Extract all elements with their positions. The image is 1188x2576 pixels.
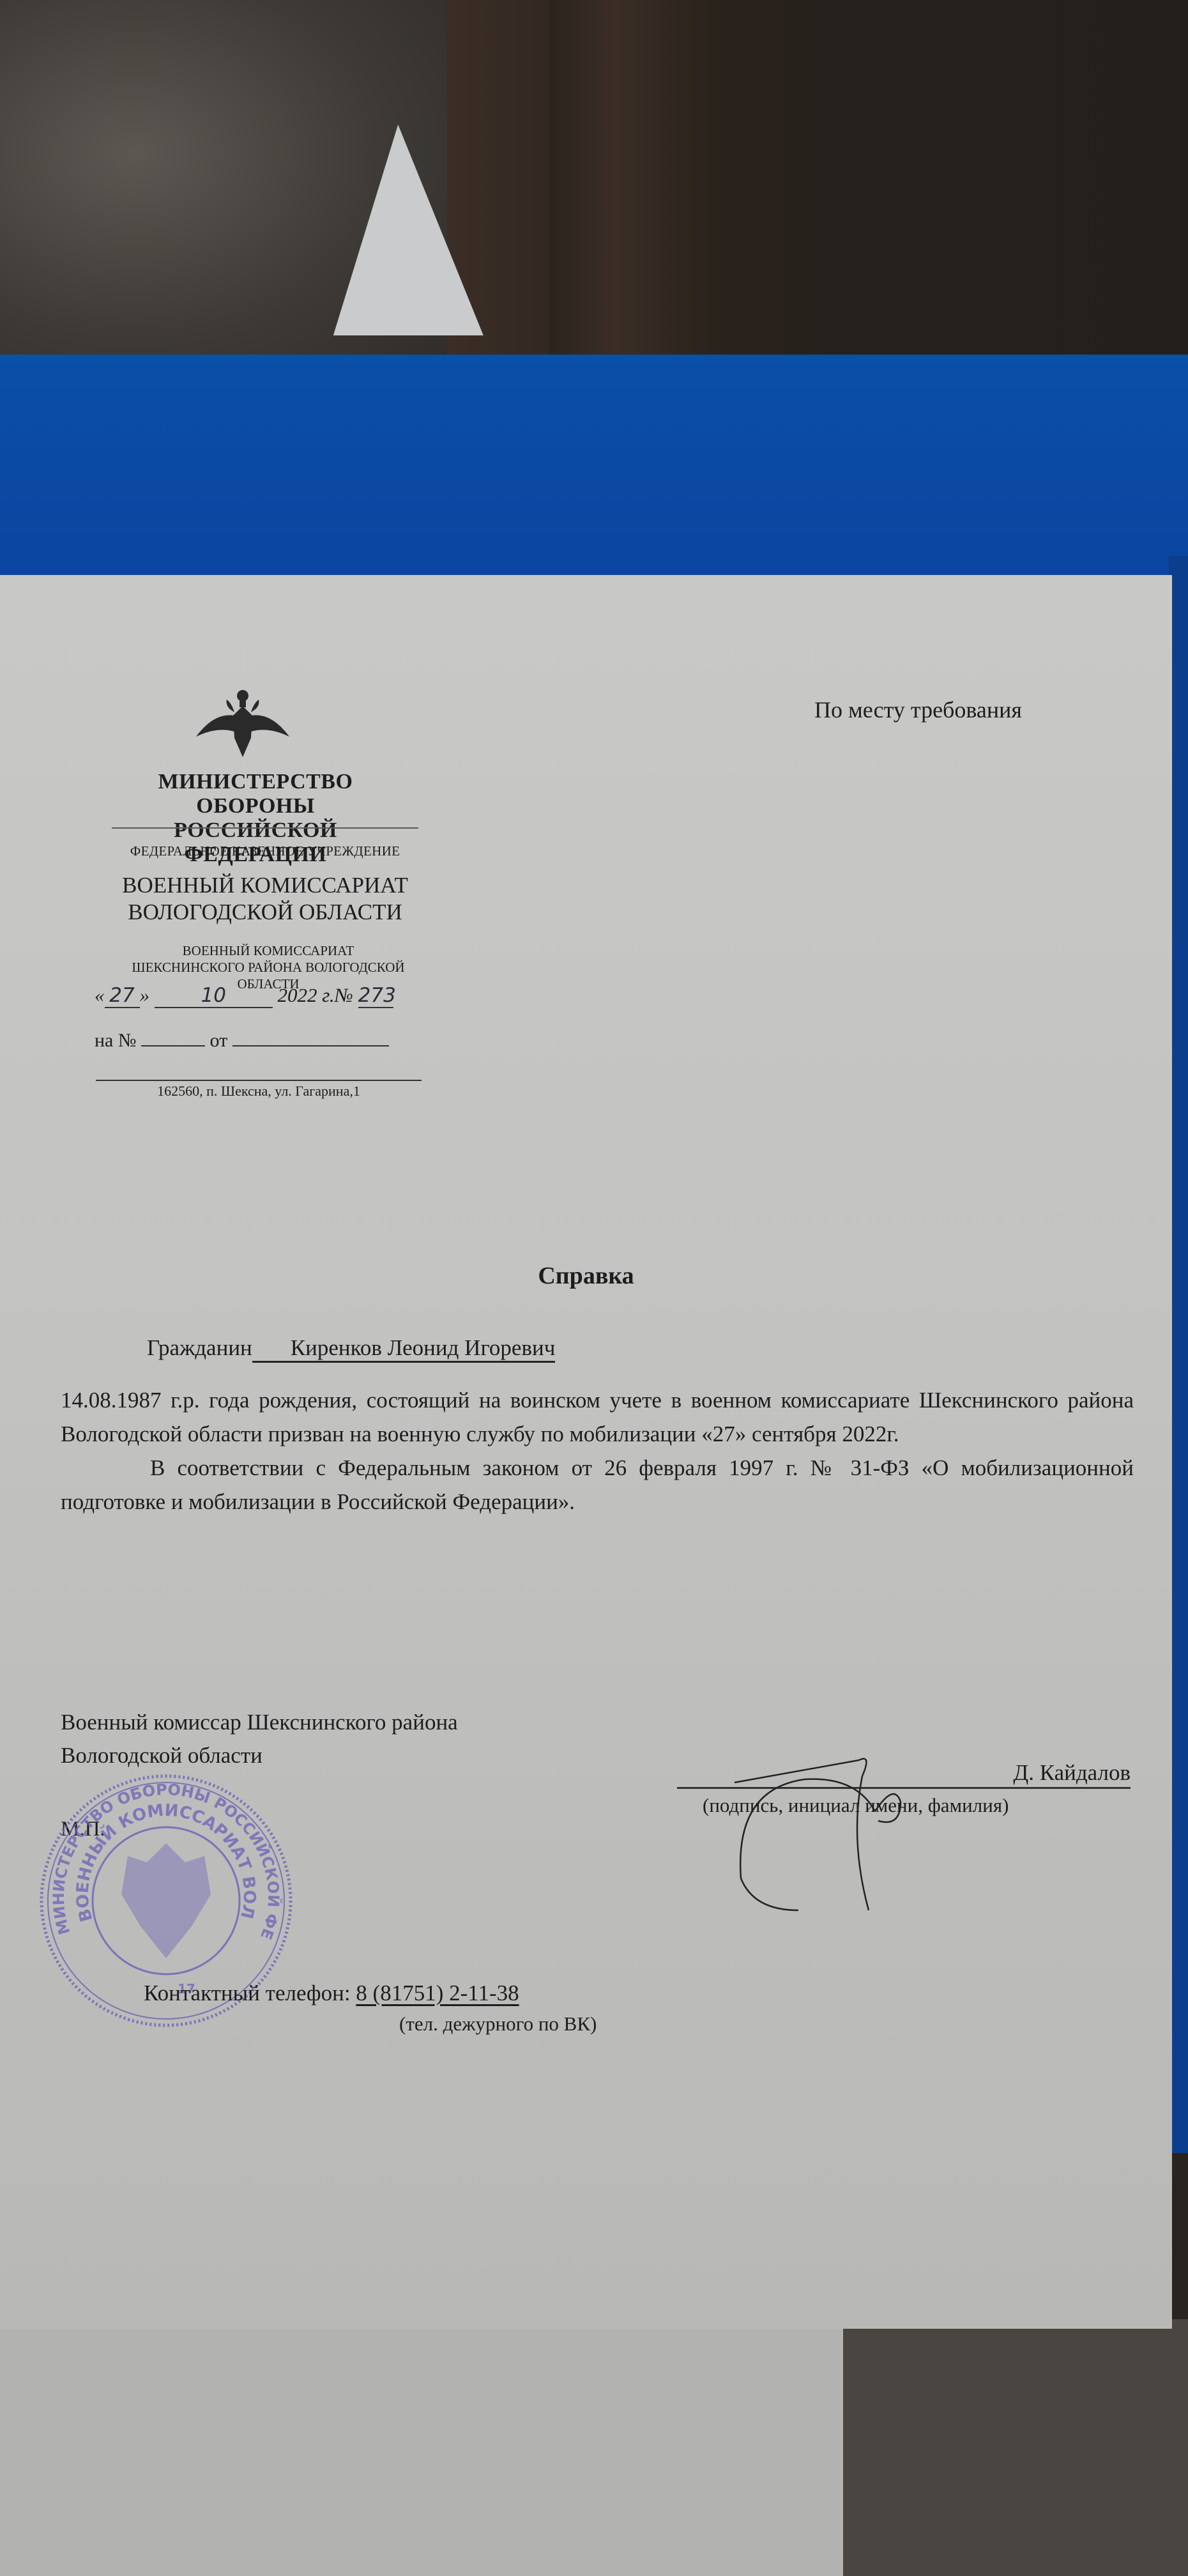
commissariat-title: ВОЕННЫЙ КОМИССАРИАТ ВОЛОГОДСКОЙ ОБЛАСТИ xyxy=(102,872,428,926)
contact-phone-line: Контактный телефон: 8 (81751) 2-11-38 xyxy=(144,1981,519,2006)
recipient: По месту требования xyxy=(814,696,1022,723)
ref-number-blank xyxy=(141,1030,205,1046)
document-sheet: МИНИСТЕРСТВО ОБОРОНЫ РОССИЙСКОЙ ФЕДЕРАЦИ… xyxy=(0,575,1172,2329)
document-title: Справка xyxy=(0,1262,1172,1290)
document-number: 273 xyxy=(358,984,393,1008)
body-paragraph-1: 14.08.1987 г.р. года рождения, состоящий… xyxy=(61,1383,1134,1451)
ministry-line-1: МИНИСТЕРСТВО ОБОРОНЫ xyxy=(102,770,409,818)
emblem-icon xyxy=(195,687,291,763)
ref-date-blank xyxy=(232,1030,389,1046)
body-text: 14.08.1987 г.р. года рождения, состоящий… xyxy=(61,1383,1134,1519)
background-surface xyxy=(843,2319,1188,2576)
institution-type: ФЕДЕРАЛЬНОЕ КАЗЕННОЕ УЧРЕЖДЕНИЕ xyxy=(102,843,428,859)
phone-number: 8 (81751) 2-11-38 xyxy=(356,1981,519,2005)
background-paper-below xyxy=(0,2326,843,2576)
ministry-line-2: РОССИЙСКОЙ ФЕДЕРАЦИИ xyxy=(102,818,409,867)
address: 162560, п. Шексна, ул. Гагарина,1 xyxy=(96,1083,422,1100)
citizen-line: ГражданинКиренков Леонид Игоревич xyxy=(147,1335,555,1363)
phone-note: (тел. дежурного по ВК) xyxy=(399,2012,597,2035)
district-line-1: ВОЕННЫЙ КОМИССАРИАТ xyxy=(77,942,460,959)
ref-from-label: от xyxy=(210,1030,228,1051)
citizen-label: Гражданин xyxy=(147,1335,252,1360)
background-bag-seam xyxy=(549,0,715,383)
signer-title: Военный комиссар Шекснинского района Вол… xyxy=(61,1706,458,1772)
district-line-2: ШЕКСНИНСКОГО РАЙОНА ВОЛОГОДСКОЙ xyxy=(77,959,460,976)
background-paper-scrap xyxy=(333,125,513,335)
header-divider xyxy=(112,827,418,829)
ref-number-label: на № xyxy=(95,1030,137,1051)
body-paragraph-2: В соответствии с Федеральным законом от … xyxy=(61,1451,1134,1519)
date-month: 10 xyxy=(155,984,273,1008)
phone-label: Контактный телефон: xyxy=(144,1981,351,2005)
signer-line-1: Военный комиссар Шекснинского района xyxy=(61,1706,458,1739)
citizen-name: Киренков Леонид Игоревич xyxy=(252,1335,556,1363)
document-date-line: «27» 10 2022 г.№ 273 xyxy=(95,984,478,1008)
commissariat-line-2: ВОЛОГОДСКОЙ ОБЛАСТИ xyxy=(102,899,428,926)
date-day: 27 xyxy=(105,984,140,1008)
date-year: 2022 г.№ xyxy=(278,984,353,1006)
commissariat-line-1: ВОЕННЫЙ КОМИССАРИАТ xyxy=(102,872,428,899)
reference-line: на № от xyxy=(95,1030,478,1052)
address-divider xyxy=(96,1080,422,1081)
handwritten-signature-icon xyxy=(722,1751,939,1917)
